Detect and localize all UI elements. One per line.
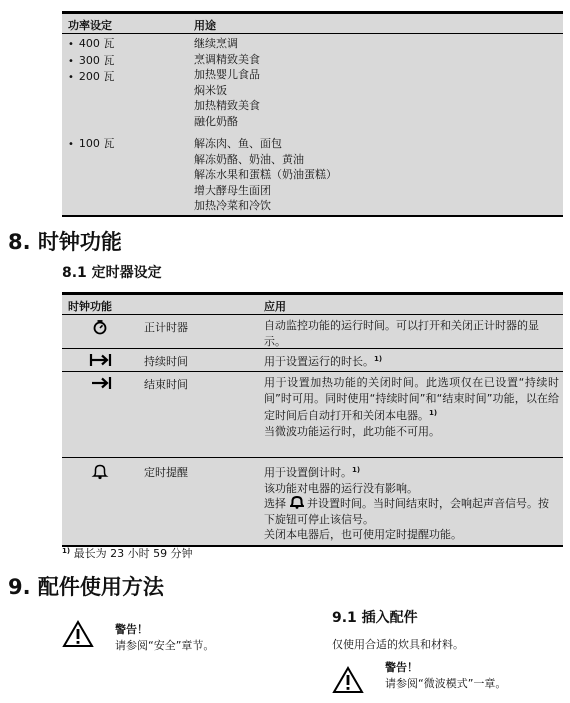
warning-icon bbox=[332, 666, 364, 694]
footnote-mark: 1) bbox=[62, 547, 70, 555]
warning-text: 请参阅“安全”章节。 bbox=[115, 637, 214, 653]
use-item: 解冻肉、鱼、面包 bbox=[194, 136, 337, 152]
uses-group-1: 继续烹调 烹调精致美食 加热婴儿食品 焖米饭 加热精致美食 融化奶酪 bbox=[194, 36, 260, 130]
section-9-1-title: 9.1 插入配件 bbox=[332, 607, 418, 627]
section-9-title: 9. 配件使用方法 bbox=[8, 571, 164, 601]
warning-title: 警告！ bbox=[115, 621, 214, 637]
warning-microwave: 警告！ 请参阅“微波模式”一章。 bbox=[385, 659, 506, 691]
footnote-text: 最长为 23 小时 59 分钟 bbox=[74, 547, 193, 560]
warning-safety: 警告！ 请参阅“安全”章节。 bbox=[115, 621, 214, 653]
use-item: 解冻奶酪、奶油、黄油 bbox=[194, 152, 337, 168]
header-clock-function: 时钟功能 bbox=[68, 298, 112, 314]
function-description: 自动监控功能的运行时间。可以打开和关闭正计时器的显示。 bbox=[264, 318, 559, 349]
warning-text: 请参阅“微波模式”一章。 bbox=[385, 675, 506, 691]
setting-100w: 100 瓦 bbox=[68, 136, 114, 153]
function-name: 持续时间 bbox=[144, 353, 188, 369]
use-item: 加热婴儿食品 bbox=[194, 67, 260, 83]
power-settings-group-1: 400 瓦 300 瓦 200 瓦 bbox=[68, 36, 114, 86]
function-description: 用于设置加热功能的关闭时间。此选项仅在已设置“持续时间”时可用。同时使用“持续时… bbox=[264, 375, 559, 439]
footnote: 1) 最长为 23 小时 59 分钟 bbox=[62, 545, 193, 561]
setting-200w: 200 瓦 bbox=[68, 69, 114, 86]
section-8-1-title: 8.1 定时器设定 bbox=[62, 262, 162, 282]
header-power-setting: 功率设定 bbox=[68, 17, 112, 33]
use-item: 继续烹调 bbox=[194, 36, 260, 52]
use-item: 解冻水果和蛋糕（奶油蛋糕） bbox=[194, 167, 337, 183]
use-item: 焖米饭 bbox=[194, 83, 260, 99]
footnote-ref: 1) bbox=[429, 409, 437, 417]
footnote-ref: 1) bbox=[352, 466, 360, 474]
header-use: 用途 bbox=[194, 17, 216, 33]
table-header: 功率设定 用途 bbox=[62, 14, 563, 34]
function-description: 用于设置倒计时。1) 该功能对电器的运行没有影响。 选择 并设置时间。当时间结束… bbox=[264, 463, 559, 543]
function-name: 结束时间 bbox=[144, 376, 188, 392]
table-row-count-up-timer: 正计时器 自动监控功能的运行时间。可以打开和关闭正计时器的显示。 bbox=[62, 315, 563, 349]
clock-functions-table: 时钟功能 应用 正计时器 自动监控功能的运行时间。可以打开和关闭正计时器的显示。… bbox=[62, 292, 563, 547]
use-item: 加热冷菜和冷饮 bbox=[194, 198, 337, 214]
power-settings-table: 功率设定 用途 400 瓦 300 瓦 200 瓦 继续烹调 烹调精致美食 加热… bbox=[62, 11, 563, 217]
table-row-duration: 持续时间 用于设置运行的时长。1) bbox=[62, 349, 563, 372]
use-item: 加热精致美食 bbox=[194, 98, 260, 114]
use-item: 烹调精致美食 bbox=[194, 52, 260, 68]
bell-icon bbox=[290, 496, 304, 509]
header-application: 应用 bbox=[264, 298, 286, 314]
use-item: 融化奶酪 bbox=[194, 114, 260, 130]
section-9-1-text: 仅使用合适的炊具和材料。 bbox=[332, 636, 464, 652]
function-name: 定时提醒 bbox=[144, 464, 188, 480]
setting-400w: 400 瓦 bbox=[68, 36, 114, 53]
stopwatch-icon bbox=[80, 319, 120, 335]
table-header: 时钟功能 应用 bbox=[62, 295, 563, 315]
warning-icon bbox=[62, 620, 94, 648]
use-item: 增大酵母生面团 bbox=[194, 183, 337, 199]
setting-300w: 300 瓦 bbox=[68, 53, 114, 70]
section-8-title: 8. 时钟功能 bbox=[8, 226, 122, 256]
end-time-icon bbox=[80, 375, 120, 391]
warning-title: 警告！ bbox=[385, 659, 506, 675]
bell-icon bbox=[80, 463, 120, 481]
duration-icon bbox=[80, 352, 120, 368]
uses-group-2: 解冻肉、鱼、面包 解冻奶酪、奶油、黄油 解冻水果和蛋糕（奶油蛋糕） 增大酵母生面… bbox=[194, 136, 337, 214]
function-description: 用于设置运行的时长。1) bbox=[264, 352, 559, 370]
function-name: 正计时器 bbox=[144, 319, 188, 335]
table-row-end-time: 结束时间 用于设置加热功能的关闭时间。此选项仅在已设置“持续时间”时可用。同时使… bbox=[62, 372, 563, 458]
footnote-ref: 1) bbox=[374, 355, 382, 363]
table-row-minute-minder: 定时提醒 用于设置倒计时。1) 该功能对电器的运行没有影响。 选择 并设置时间。… bbox=[62, 458, 563, 548]
power-settings-group-2: 100 瓦 bbox=[68, 136, 114, 153]
